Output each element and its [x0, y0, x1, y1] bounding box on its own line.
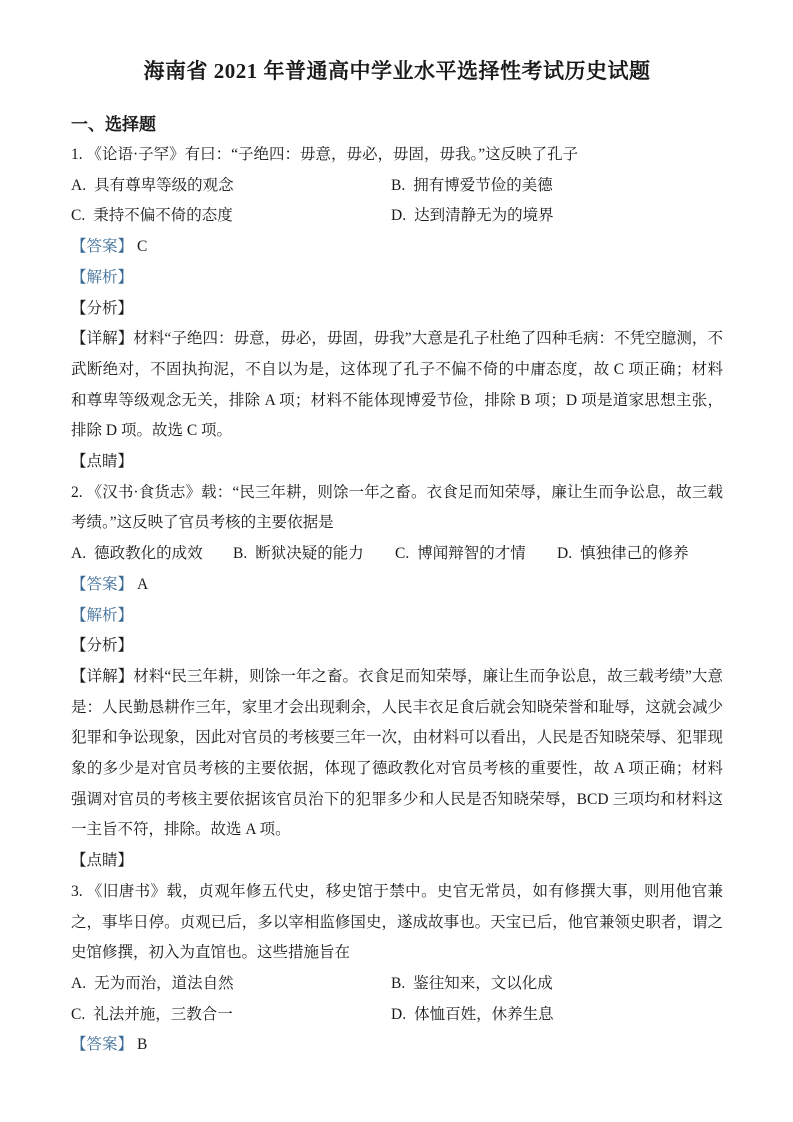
annotation-line: 【详解】材料“子绝四：毋意，毋必，毋固，毋我”大意是孔子杜绝了四种毛病：不凭空臆…	[71, 324, 723, 447]
question-block-1: 1. 《论语·子罕》有曰：“子绝四：毋意，毋必，毋固，毋我。”这反映了孔子A.具…	[71, 140, 723, 478]
answer-line: 【答案】C	[71, 232, 723, 263]
option-item: A.具有尊卑等级的观念	[71, 171, 391, 202]
option-text: 拥有博爱节俭的美德	[413, 177, 553, 194]
option-label: B.	[391, 975, 405, 992]
annotation-line: 【分析】	[71, 631, 723, 662]
annotation-line: 【点睛】	[71, 846, 723, 877]
tag-label: 【分析】	[71, 300, 133, 317]
question-stem: 1. 《论语·子罕》有曰：“子绝四：毋意，毋必，毋固，毋我。”这反映了孔子	[71, 140, 723, 171]
answer-value: A	[137, 576, 148, 593]
options-group: A.无为而治，道法自然B.鉴往知来，文以化成C.礼法并施，三教合一D.体恤百姓，…	[71, 969, 723, 1030]
options-group: A.德政教化的成效B.断狱决疑的能力C.博闻辩智的才情D.慎独律己的修养	[71, 539, 723, 570]
option-text: 德政教化的成效	[94, 545, 203, 562]
answer-value: C	[137, 238, 147, 255]
option-text: 断狱决疑的能力	[255, 545, 364, 562]
option-item: C.礼法并施，三教合一	[71, 1000, 391, 1031]
section-heading: 一、选择题	[71, 110, 723, 140]
annotation-line: 【详解】材料“民三年耕，则馀一年之畜。衣食足而知荣辱，廉让生而争讼息，故三载考绩…	[71, 662, 723, 846]
tag-label: 【解析】	[71, 607, 133, 624]
question-stem: 2. 《汉书·食货志》载：“民三年耕，则馀一年之畜。衣食足而知荣辱，廉让生而争讼…	[71, 478, 723, 539]
option-label: D.	[391, 207, 406, 224]
option-label: C.	[395, 545, 409, 562]
option-item: B.断狱决疑的能力	[233, 539, 395, 570]
option-item: A.德政教化的成效	[71, 539, 233, 570]
option-item: A.无为而治，道法自然	[71, 969, 391, 1000]
answer-value: B	[137, 1036, 147, 1053]
option-text: 慎独律己的修养	[580, 545, 689, 562]
option-text: 博闻辩智的才情	[417, 545, 526, 562]
option-label: C.	[71, 1006, 85, 1023]
tag-label: 【答案】	[71, 1036, 133, 1053]
questions-container: 1. 《论语·子罕》有曰：“子绝四：毋意，毋必，毋固，毋我。”这反映了孔子A.具…	[71, 140, 723, 1061]
annotation-line: 【解析】	[71, 601, 723, 632]
tag-label: 【详解】	[71, 330, 133, 347]
annotation-line: 【点睛】	[71, 447, 723, 478]
annotation-line: 【分析】	[71, 294, 723, 325]
option-item: B.鉴往知来，文以化成	[391, 969, 723, 1000]
answer-line: 【答案】B	[71, 1030, 723, 1061]
option-text: 具有尊卑等级的观念	[94, 177, 234, 194]
exam-document-page: 海南省 2021 年普通高中学业水平选择性考试历史试题 一、选择题 1. 《论语…	[0, 0, 793, 1122]
option-label: B.	[233, 545, 247, 562]
page-title: 海南省 2021 年普通高中学业水平选择性考试历史试题	[71, 57, 723, 85]
annotation-text: 材料“民三年耕，则馀一年之畜。衣食足而知荣辱，廉让生而争讼息，故三载考绩”大意是…	[71, 668, 723, 839]
tag-label: 【解析】	[71, 269, 133, 286]
option-label: A.	[71, 545, 86, 562]
tag-label: 【答案】	[71, 576, 133, 593]
answer-line: 【答案】A	[71, 570, 723, 601]
option-item: C.博闻辩智的才情	[395, 539, 557, 570]
option-label: B.	[391, 177, 405, 194]
option-text: 体恤百姓，休养生息	[414, 1006, 554, 1023]
tag-label: 【点睛】	[71, 852, 133, 869]
option-item: D.达到清静无为的境界	[391, 201, 723, 232]
option-item: D.慎独律己的修养	[557, 539, 689, 570]
annotation-text: 材料“子绝四：毋意，毋必，毋固，毋我”大意是孔子杜绝了四种毛病：不凭空臆测，不武…	[71, 330, 723, 439]
option-text: 鉴往知来，文以化成	[413, 975, 553, 992]
option-item: C.秉持不偏不倚的态度	[71, 201, 391, 232]
question-block-3: 3. 《旧唐书》载，贞观年修五代史，移史馆于禁中。史官无常员，如有修撰大事，则用…	[71, 877, 723, 1061]
option-label: C.	[71, 207, 85, 224]
tag-label: 【答案】	[71, 238, 133, 255]
option-item: D.体恤百姓，休养生息	[391, 1000, 723, 1031]
option-text: 无为而治，道法自然	[94, 975, 234, 992]
tag-label: 【详解】	[71, 668, 133, 685]
option-text: 礼法并施，三教合一	[93, 1006, 233, 1023]
option-label: D.	[391, 1006, 406, 1023]
tag-label: 【分析】	[71, 637, 133, 654]
option-label: A.	[71, 177, 86, 194]
option-label: D.	[557, 545, 572, 562]
tag-label: 【点睛】	[71, 453, 133, 470]
option-item: B.拥有博爱节俭的美德	[391, 171, 723, 202]
options-group: A.具有尊卑等级的观念B.拥有博爱节俭的美德C.秉持不偏不倚的态度D.达到清静无…	[71, 171, 723, 232]
question-block-2: 2. 《汉书·食货志》载：“民三年耕，则馀一年之畜。衣食足而知荣辱，廉让生而争讼…	[71, 478, 723, 877]
option-label: A.	[71, 975, 86, 992]
annotation-line: 【解析】	[71, 263, 723, 294]
option-text: 达到清静无为的境界	[414, 207, 554, 224]
question-stem: 3. 《旧唐书》载，贞观年修五代史，移史馆于禁中。史官无常员，如有修撰大事，则用…	[71, 877, 723, 969]
option-text: 秉持不偏不倚的态度	[93, 207, 233, 224]
